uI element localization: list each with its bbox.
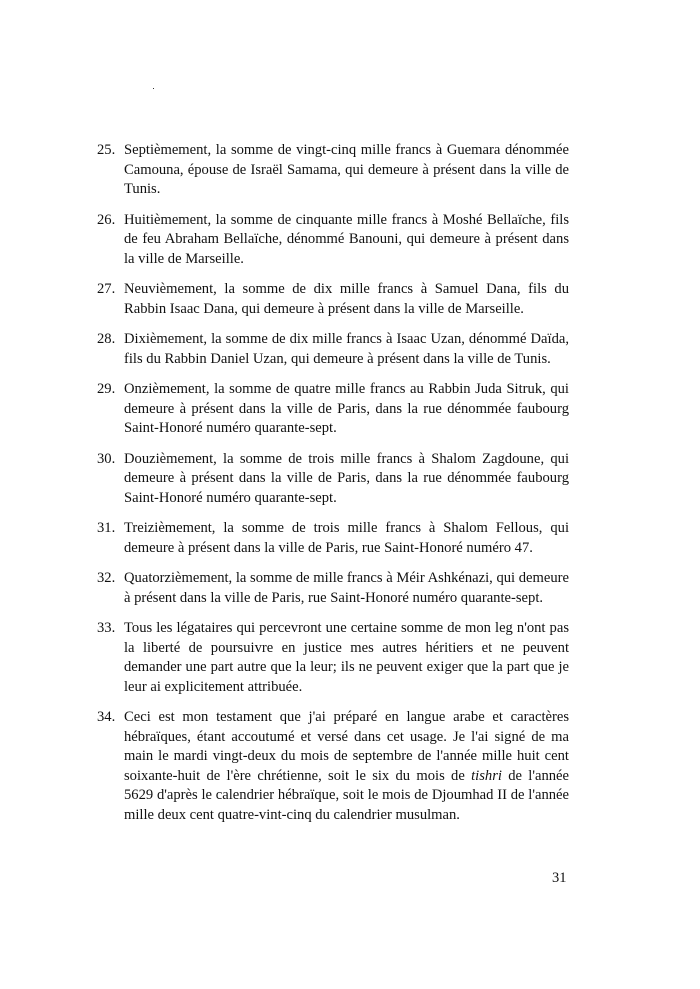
item-text: Tous les légataires qui percevront une c…: [124, 619, 569, 697]
list-item: 27. Neuvièmement, la somme de dix mille …: [97, 280, 569, 319]
item-text: Dixièmement, la somme de dix mille franc…: [124, 330, 569, 369]
list-item: 32. Quatorzièmement, la somme de mille f…: [97, 569, 569, 608]
list-item: 33. Tous les légataires qui percevront u…: [97, 619, 569, 697]
scan-speck: [153, 88, 154, 89]
list-item: 25. Septièmement, la somme de vingt-cinq…: [97, 141, 569, 200]
item-number: 34.: [97, 708, 124, 825]
list-item: 31. Treizièmement, la somme de trois mil…: [97, 519, 569, 558]
list-item: 28. Dixièmement, la somme de dix mille f…: [97, 330, 569, 369]
italic-term: tishri: [471, 768, 502, 784]
item-number: 27.: [97, 280, 124, 319]
item-number: 33.: [97, 619, 124, 697]
list-item: 34. Ceci est mon testament que j'ai prép…: [97, 708, 569, 825]
item-text: Quatorzièmement, la somme de mille franc…: [124, 569, 569, 608]
page-body: 25. Septièmement, la somme de vingt-cinq…: [97, 141, 569, 836]
item-text: Ceci est mon testament que j'ai préparé …: [124, 708, 569, 825]
page-number: 31: [552, 870, 567, 887]
item-text: Treizièmement, la somme de trois mille f…: [124, 519, 569, 558]
item-number: 32.: [97, 569, 124, 608]
item-text: Septièmement, la somme de vingt-cinq mil…: [124, 141, 569, 200]
item-text: Neuvièmement, la somme de dix mille fran…: [124, 280, 569, 319]
item-number: 31.: [97, 519, 124, 558]
item-number: 30.: [97, 450, 124, 509]
list-item: 30. Douzièmement, la somme de trois mill…: [97, 450, 569, 509]
item-number: 29.: [97, 380, 124, 439]
item-text: Douzièmement, la somme de trois mille fr…: [124, 450, 569, 509]
item-text: Huitièmement, la somme de cinquante mill…: [124, 211, 569, 270]
list-item: 29. Onzièmement, la somme de quatre mill…: [97, 380, 569, 439]
list-item: 26. Huitièmement, la somme de cinquante …: [97, 211, 569, 270]
item-number: 26.: [97, 211, 124, 270]
item-number: 28.: [97, 330, 124, 369]
item-number: 25.: [97, 141, 124, 200]
item-text: Onzièmement, la somme de quatre mille fr…: [124, 380, 569, 439]
